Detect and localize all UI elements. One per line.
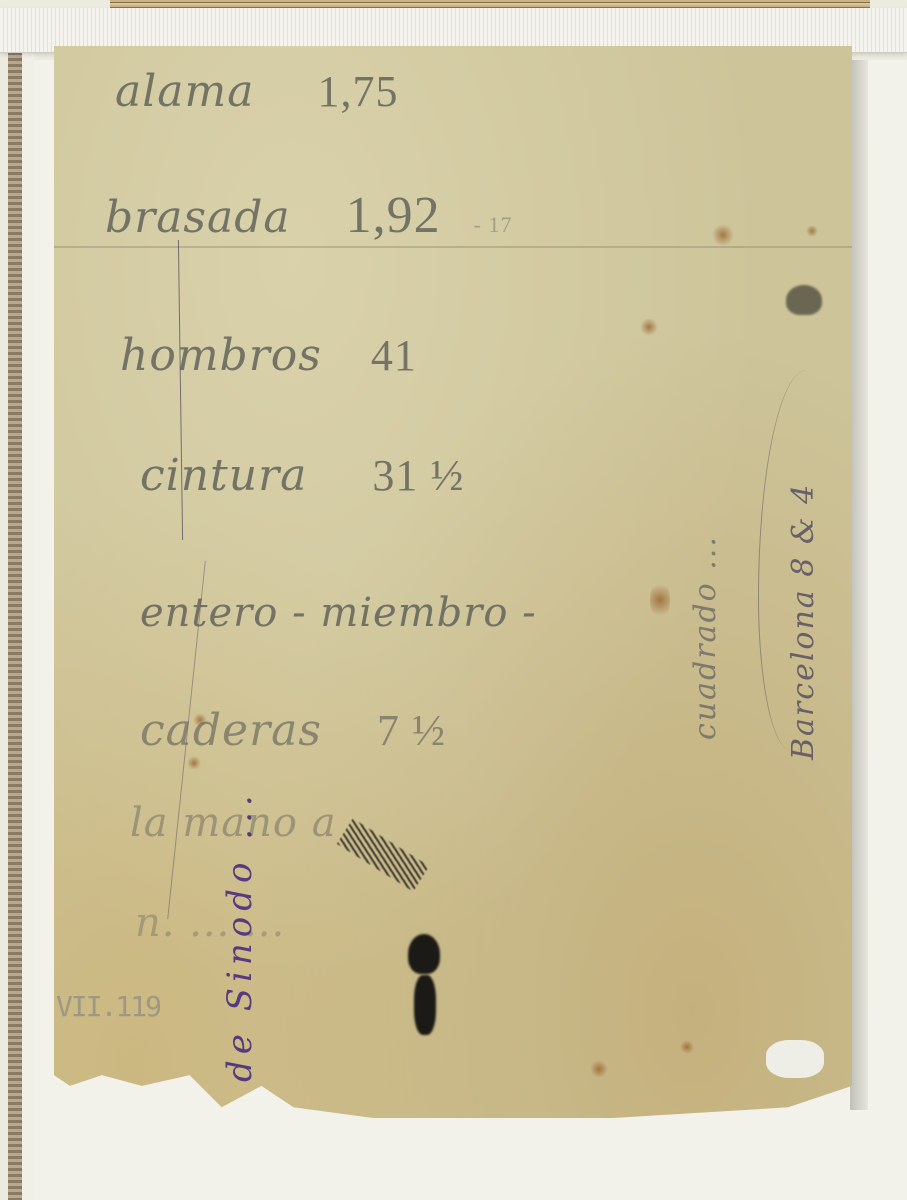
ink-scribble bbox=[786, 285, 822, 315]
location-note-vertical: Barcelona 8 & 4 bbox=[786, 330, 821, 760]
cloth-binding-edge bbox=[8, 40, 23, 1200]
measurement-value: 1,75 bbox=[318, 67, 399, 116]
measurement-line: cintura 31 ½ bbox=[140, 450, 464, 501]
measurement-value: 7 ½ bbox=[377, 706, 446, 755]
measurement-line: hombros 41 bbox=[120, 330, 417, 381]
ink-blot bbox=[408, 934, 440, 974]
mount-margin bbox=[22, 40, 34, 1200]
foxing-stain bbox=[712, 224, 734, 246]
measurement-label: n. ... ... bbox=[135, 900, 285, 946]
foxing-stain bbox=[640, 318, 658, 336]
measurement-value: 1,92 bbox=[346, 187, 441, 244]
measurement-label: alama bbox=[115, 66, 255, 117]
measurement-line: brasada 1,92 - 17 bbox=[105, 186, 512, 245]
ink-drip bbox=[414, 975, 436, 1035]
foxing-stain bbox=[680, 1040, 694, 1054]
foxing-stain bbox=[187, 756, 201, 770]
measurement-line: entero - miembro - bbox=[140, 590, 537, 636]
measurement-value: 31 ½ bbox=[372, 451, 464, 500]
purple-ink-inscription: de Sinodo ... bbox=[220, 262, 260, 1082]
measurement-value: 41 bbox=[371, 331, 417, 380]
shelfmark-label: VII.119 bbox=[56, 990, 160, 1023]
measurement-label: entero - miembro - bbox=[140, 590, 537, 636]
paper-fold-crease bbox=[54, 246, 852, 248]
foxing-stain bbox=[590, 1060, 608, 1078]
margin-note-vertical: cuadrado ... bbox=[688, 360, 723, 740]
measurement-label: brasada bbox=[105, 192, 291, 243]
measurement-line: caderas 7 ½ bbox=[140, 705, 446, 756]
measurement-line: n. ... ... bbox=[135, 900, 285, 946]
paper-tear bbox=[766, 1040, 824, 1078]
foxing-stain bbox=[650, 580, 670, 620]
mount-shadow bbox=[850, 60, 868, 1110]
foxing-stain bbox=[806, 225, 818, 237]
measurement-note: - 17 bbox=[474, 212, 513, 237]
measurement-line: alama 1,75 bbox=[115, 66, 399, 117]
